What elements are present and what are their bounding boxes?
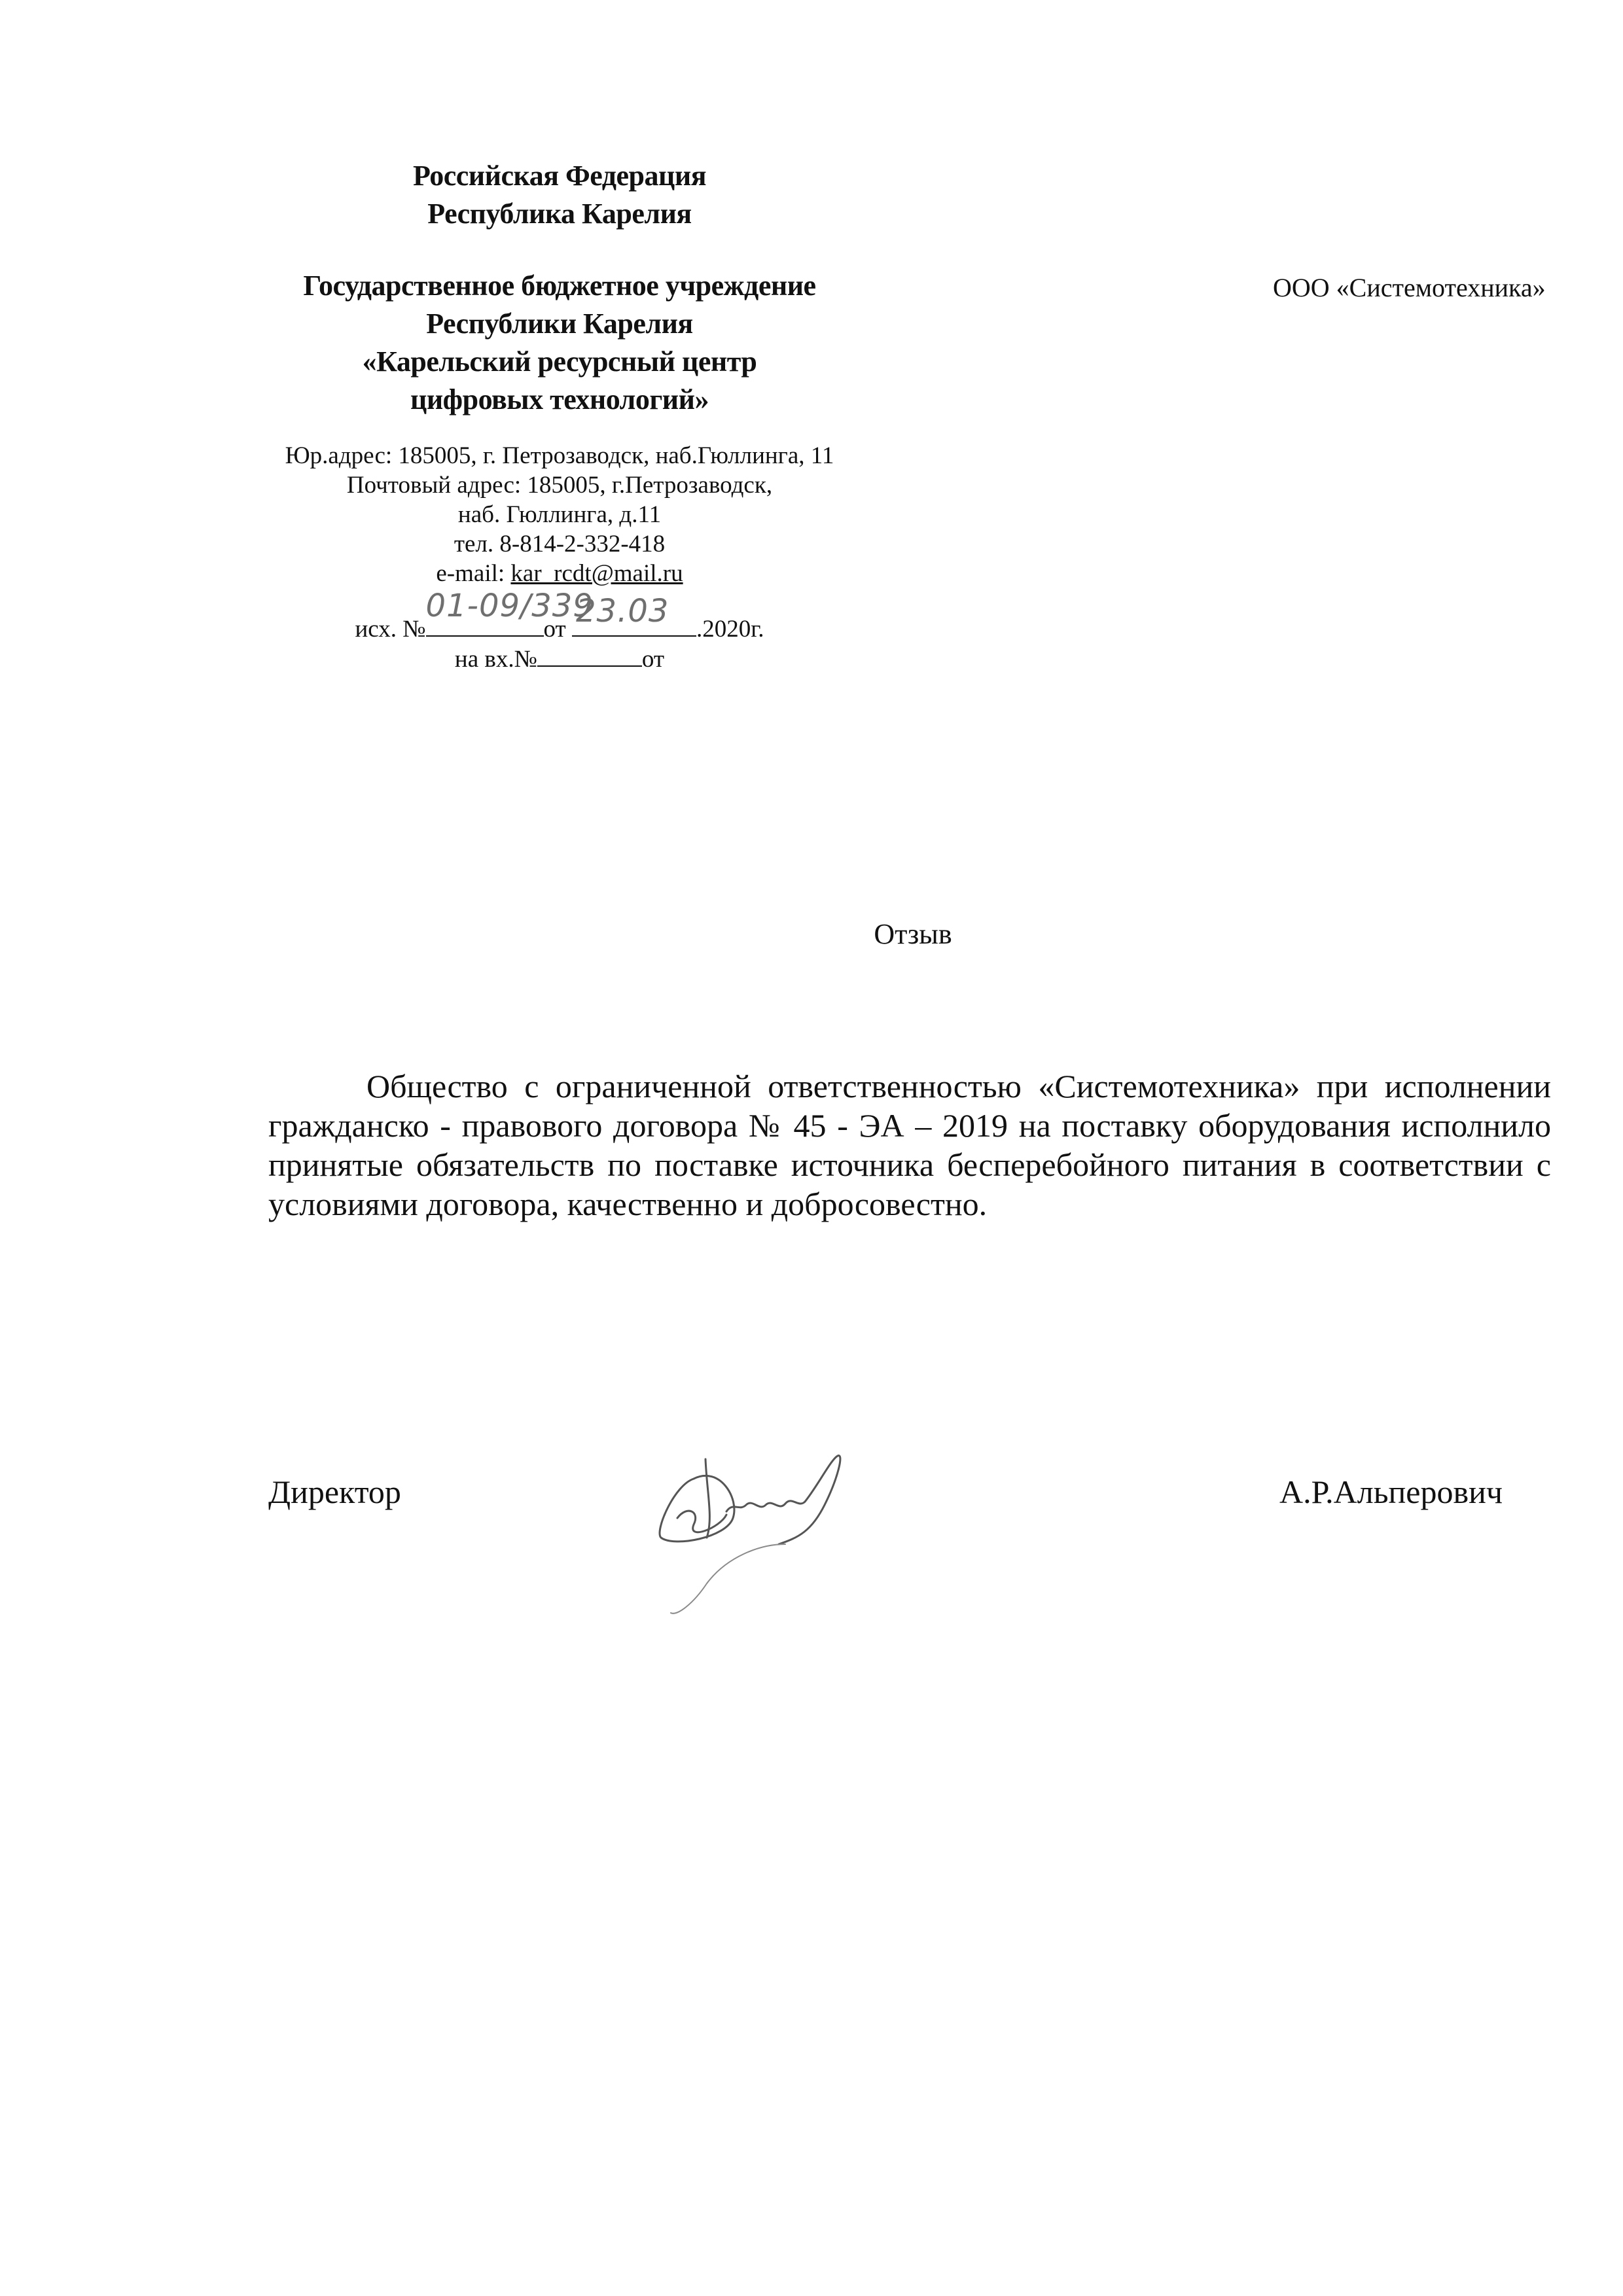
outgoing-number-label: исх. № (355, 616, 426, 643)
sender-country: Российская Федерация (223, 157, 897, 195)
sender-org-line2: Республики Карелия (223, 305, 897, 343)
outgoing-reference: исх. №01-09/339от 23.03.2020г. (223, 614, 897, 645)
sender-org-line4: цифровых технологий» (223, 381, 897, 419)
outgoing-date-field: 23.03 (572, 616, 696, 637)
sender-region: Республика Карелия (223, 195, 897, 233)
sender-org-line3: «Карельский ресурсный центр (223, 343, 897, 381)
outgoing-number-handwritten: 01-09/339 (426, 591, 594, 621)
sender-email-link[interactable]: kar_rcdt@mail.ru (510, 560, 683, 587)
incoming-number-label: на вх.№ (455, 646, 537, 673)
handwritten-signature-icon (648, 1439, 1041, 1639)
document-body: Общество с ограниченной ответственностью… (268, 1067, 1551, 1224)
incoming-from-label: от (642, 646, 664, 673)
incoming-number-field (537, 646, 642, 667)
sender-email-label: e-mail: (436, 560, 510, 587)
outgoing-number-field: 01-09/339 (426, 616, 544, 637)
sender-postal-address-2: наб. Гюллинга, д.11 (223, 500, 897, 529)
incoming-reference: на вх.№от (223, 645, 897, 675)
outgoing-year: .2020г. (696, 616, 764, 643)
recipient-name: ООО «Системотехника» (1273, 272, 1546, 304)
sender-email-line: e-mail: kar_rcdt@mail.ru (223, 559, 897, 588)
document-title: Отзыв (0, 916, 1623, 953)
signatory-position: Директор (268, 1472, 401, 1511)
sender-org-line1: Государственное бюджетное учреждение (223, 267, 897, 305)
sender-legal-address: Юр.адрес: 185005, г. Петрозаводск, наб.Г… (223, 441, 897, 470)
outgoing-date-handwritten: 23.03 (576, 596, 669, 626)
sender-letterhead: Российская Федерация Республика Карелия … (223, 157, 897, 675)
signature-block: Директор А.Р.Альперович (0, 1472, 1623, 1669)
signatory-name: А.Р.Альперович (1279, 1472, 1503, 1511)
sender-postal-address-1: Почтовый адрес: 185005, г.Петрозаводск, (223, 470, 897, 500)
sender-phone: тел. 8-814-2-332-418 (223, 529, 897, 559)
